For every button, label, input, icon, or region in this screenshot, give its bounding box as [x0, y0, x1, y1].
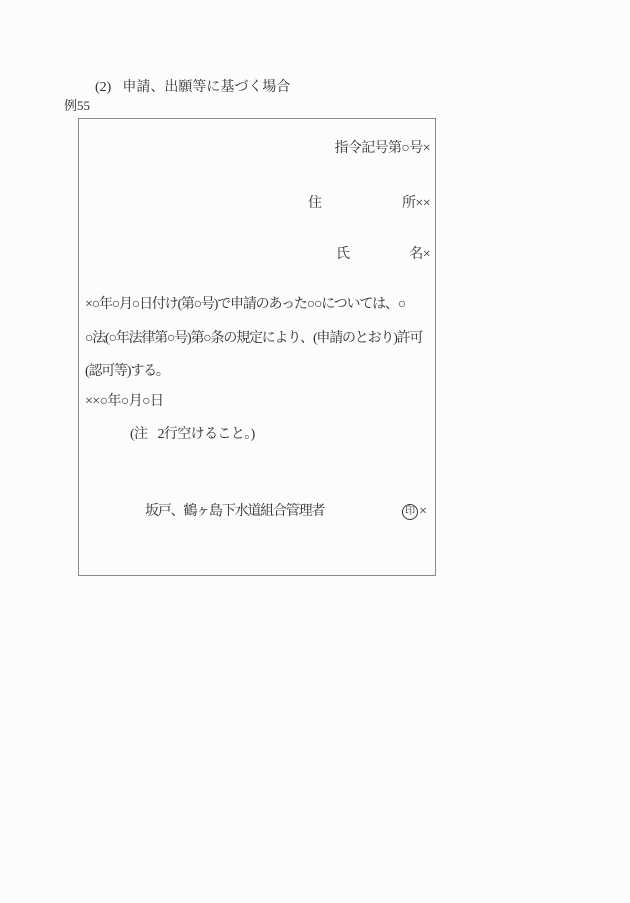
body-line: ×○年○月○日付け(第○号)で申請のあった○○については、○ [85, 296, 405, 313]
seal-icon: 印 [402, 504, 418, 520]
body-line: ○法(○年法律第○号)第○条の規定により、(申請のとおり)許可 [85, 330, 422, 347]
seal-suffix-mark: × [419, 503, 427, 520]
example-label: 例55 [64, 97, 90, 114]
spacing-note-open: (注 [130, 426, 147, 443]
signature-line: 坂戸、鶴ヶ島下水道組合管理者 印 × [145, 503, 427, 520]
section-heading-number: (2) [95, 79, 111, 96]
signer-name: 坂戸、鶴ヶ島下水道組合管理者 [145, 503, 324, 520]
spacing-note: (注 2行空けること。) [130, 426, 255, 443]
document-page: (2) 申請、出願等に基づく場合 例55 指令記号第○号× 住 所×× 氏 名×… [0, 0, 630, 903]
address-label: 住 [308, 195, 322, 212]
section-heading-text: 申請、出願等に基づく場合 [122, 79, 290, 96]
body-line: (認可等)する。 [85, 363, 169, 380]
date-line: ××○年○月○日 [85, 393, 163, 410]
section-heading: (2) 申請、出願等に基づく場合 [95, 79, 290, 96]
directive-number-line: 指令記号第○号× [334, 140, 430, 157]
seal-group: 印 × [402, 503, 427, 520]
name-value: 名× [409, 246, 430, 263]
document-box: 指令記号第○号× 住 所×× 氏 名× ×○年○月○日付け(第○号)で申請のあっ… [78, 118, 436, 576]
address-value: 所×× [402, 195, 430, 212]
name-label: 氏 [336, 246, 350, 263]
spacing-note-text: 2行空けること。) [157, 426, 254, 443]
